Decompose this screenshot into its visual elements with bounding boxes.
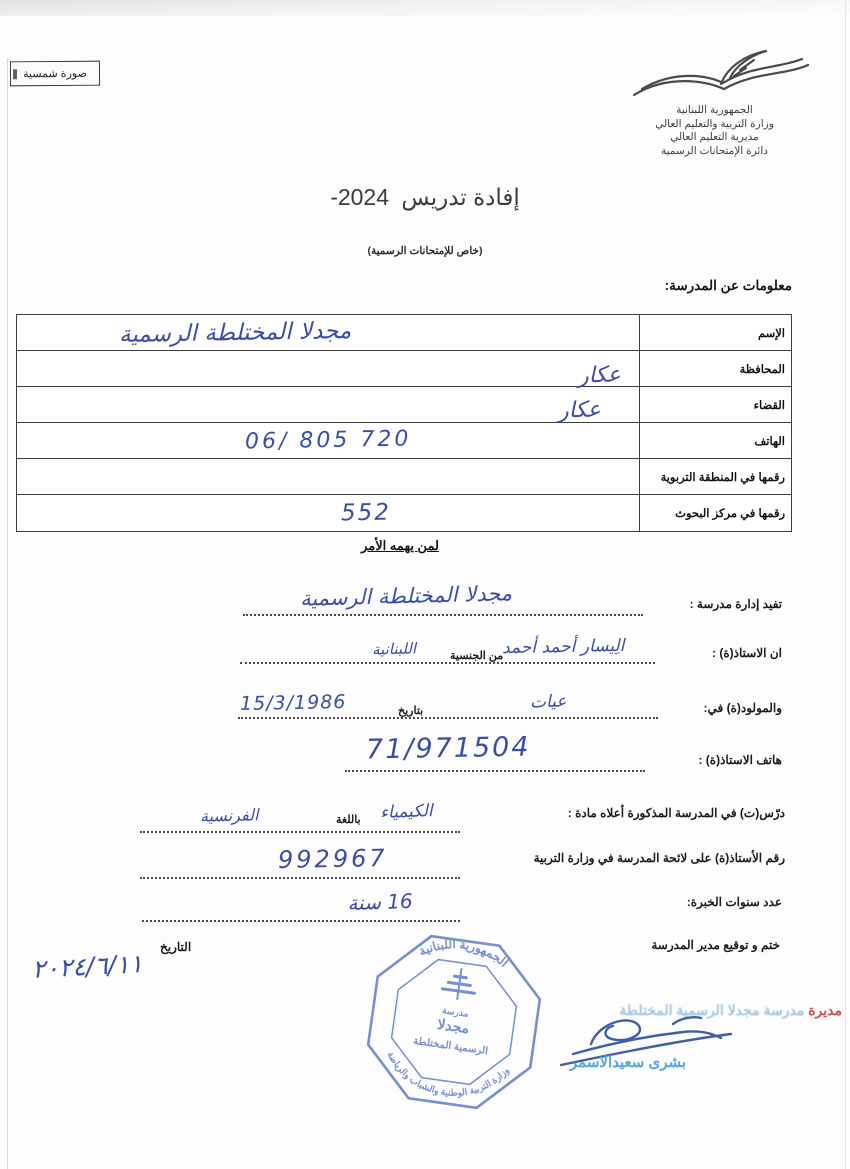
- letterhead-line: الجمهورية اللبنانية: [612, 104, 817, 118]
- table-row: عكار المحافظة: [17, 351, 791, 387]
- table-row: عكار القضاء: [17, 387, 791, 423]
- director-title: مديرة: [808, 1002, 842, 1018]
- registry-number-value: 992967: [278, 844, 388, 874]
- dotted-line: [140, 831, 460, 833]
- school-info-table: مجدلا المختلطة الرسمية الإسم عكار المحاف…: [16, 314, 792, 532]
- table-row: رقمها في المنطقة التربوية: [17, 459, 791, 495]
- date-label: التاريخ: [160, 940, 191, 954]
- phone-value: 06/ 805 720: [245, 427, 412, 455]
- subject-line-label: درّس(ت) في المدرسة المذكورة أعلاه مادة :: [568, 806, 785, 820]
- birth-date-mid-label: بتاريخ: [398, 704, 423, 717]
- school-line-value: مجدلا المختلطة الرسمية: [300, 581, 513, 611]
- svg-text:وزارة التربية الوطنية والشباب: وزارة التربية الوطنية والشباب والرياضة: [381, 1049, 513, 1107]
- dotted-line: [238, 717, 658, 719]
- birth-place-value: عيات: [530, 691, 567, 712]
- ministry-emblem-icon: [628, 48, 813, 106]
- table-row-label: الهاتف: [639, 423, 791, 458]
- title-text: إفادة تدريس: [401, 184, 519, 210]
- district-value: عكار: [558, 397, 601, 423]
- dotted-line: [240, 662, 655, 664]
- table-row: مجدلا المختلطة الرسمية الإسم: [17, 315, 791, 351]
- research-center-number-value: 552: [341, 500, 391, 527]
- table-row-label: القضاء: [639, 387, 791, 422]
- stamp-center-line3: الرسمية المختلطة: [412, 1036, 488, 1057]
- teacher-line-label: ان الاستاذ(ة) :: [712, 646, 782, 660]
- table-row-label: رقمها في مركز البحوث: [639, 495, 791, 531]
- registry-line-label: رقم الأستاذ(ة) على لائحة المدرسة في وزار…: [534, 851, 785, 865]
- dotted-line: [140, 877, 460, 879]
- birth-date-value: 15/3/1986: [240, 691, 347, 715]
- official-school-stamp: الجمهورية اللبنانية وزارة التربية الوطني…: [352, 926, 556, 1118]
- dotted-line: [345, 770, 645, 772]
- table-row-label: رقمها في المنطقة التربوية: [639, 459, 791, 494]
- letterhead-line: دائرة الإمتحانات الرسمية: [612, 145, 817, 159]
- scan-artifact-right: [845, 0, 846, 1169]
- cedar-tree-icon: [441, 967, 477, 1002]
- table-row-label: المحافظة: [639, 351, 791, 386]
- letterhead-line: وزارة التربية والتعليم العالي: [612, 118, 817, 132]
- birth-line-label: والمولود(ة) في:: [704, 701, 782, 715]
- title-year: -2024: [330, 184, 389, 210]
- letterhead: الجمهورية اللبنانية وزارة التربية والتعل…: [612, 104, 817, 158]
- language-mid-label: باللغة: [336, 813, 361, 826]
- stamp-arc-bottom-text: وزارة التربية الوطنية والشباب والرياضة: [381, 1049, 513, 1107]
- governorate-value: عكار: [578, 362, 621, 388]
- dotted-line: [243, 614, 643, 616]
- photo-box-mark: [13, 69, 17, 79]
- table-row: 06/ 805 720 الهاتف: [17, 423, 791, 459]
- table-row-label: الإسم: [639, 315, 791, 350]
- stamp-center-line2: مجدلا: [436, 1016, 470, 1036]
- scanned-document-page: صورة شمسية الجمهورية اللبنانية وزارة الت…: [0, 0, 850, 1169]
- nationality-value: اللبنانية: [372, 639, 417, 658]
- signer-name: بشرى سعيدالاسمر: [538, 1053, 718, 1071]
- photo-box: صورة شمسية: [10, 61, 100, 87]
- scan-artifact-left: [7, 58, 8, 1169]
- school-info-heading: معلومات عن المدرسة:: [665, 278, 792, 294]
- table-row: 552 رقمها في مركز البحوث: [17, 495, 791, 531]
- language-value: الفرنسية: [200, 805, 259, 826]
- salutation-heading: لمن يهمه الأمر: [300, 538, 500, 554]
- letterhead-line: مديرية التعليم العالي: [612, 131, 817, 145]
- school-name-value: مجدلا المختلطة الرسمية: [119, 317, 352, 347]
- teacher-phone-value: 71/971504: [366, 732, 531, 766]
- seal-signature-label: ختم و توقيع مدير المدرسة: [651, 938, 780, 952]
- nationality-mid-label: من الجنسية: [450, 649, 503, 662]
- dotted-line: [142, 920, 460, 922]
- scan-artifact-top: [0, 0, 850, 16]
- school-line-label: تفيد إدارة مدرسة :: [690, 597, 782, 611]
- experience-value: 16 سنة: [300, 887, 461, 917]
- photo-box-label: صورة شمسية: [23, 67, 87, 80]
- page-title: إفادة تدريس -2024: [0, 184, 850, 211]
- experience-line-label: عدد سنوات الخبرة:: [687, 895, 782, 909]
- teacher-name-value: الِيسار أحمد أحمد: [502, 636, 625, 658]
- teacher-phone-label: هاتف الاستاذ(ة) :: [698, 753, 782, 767]
- page-subtitle: (خاص للإمتحانات الرسمية): [0, 245, 850, 257]
- date-value: ٢٠٢٤/٦/١١: [31, 949, 143, 984]
- subject-value: الكيمياء: [380, 801, 433, 823]
